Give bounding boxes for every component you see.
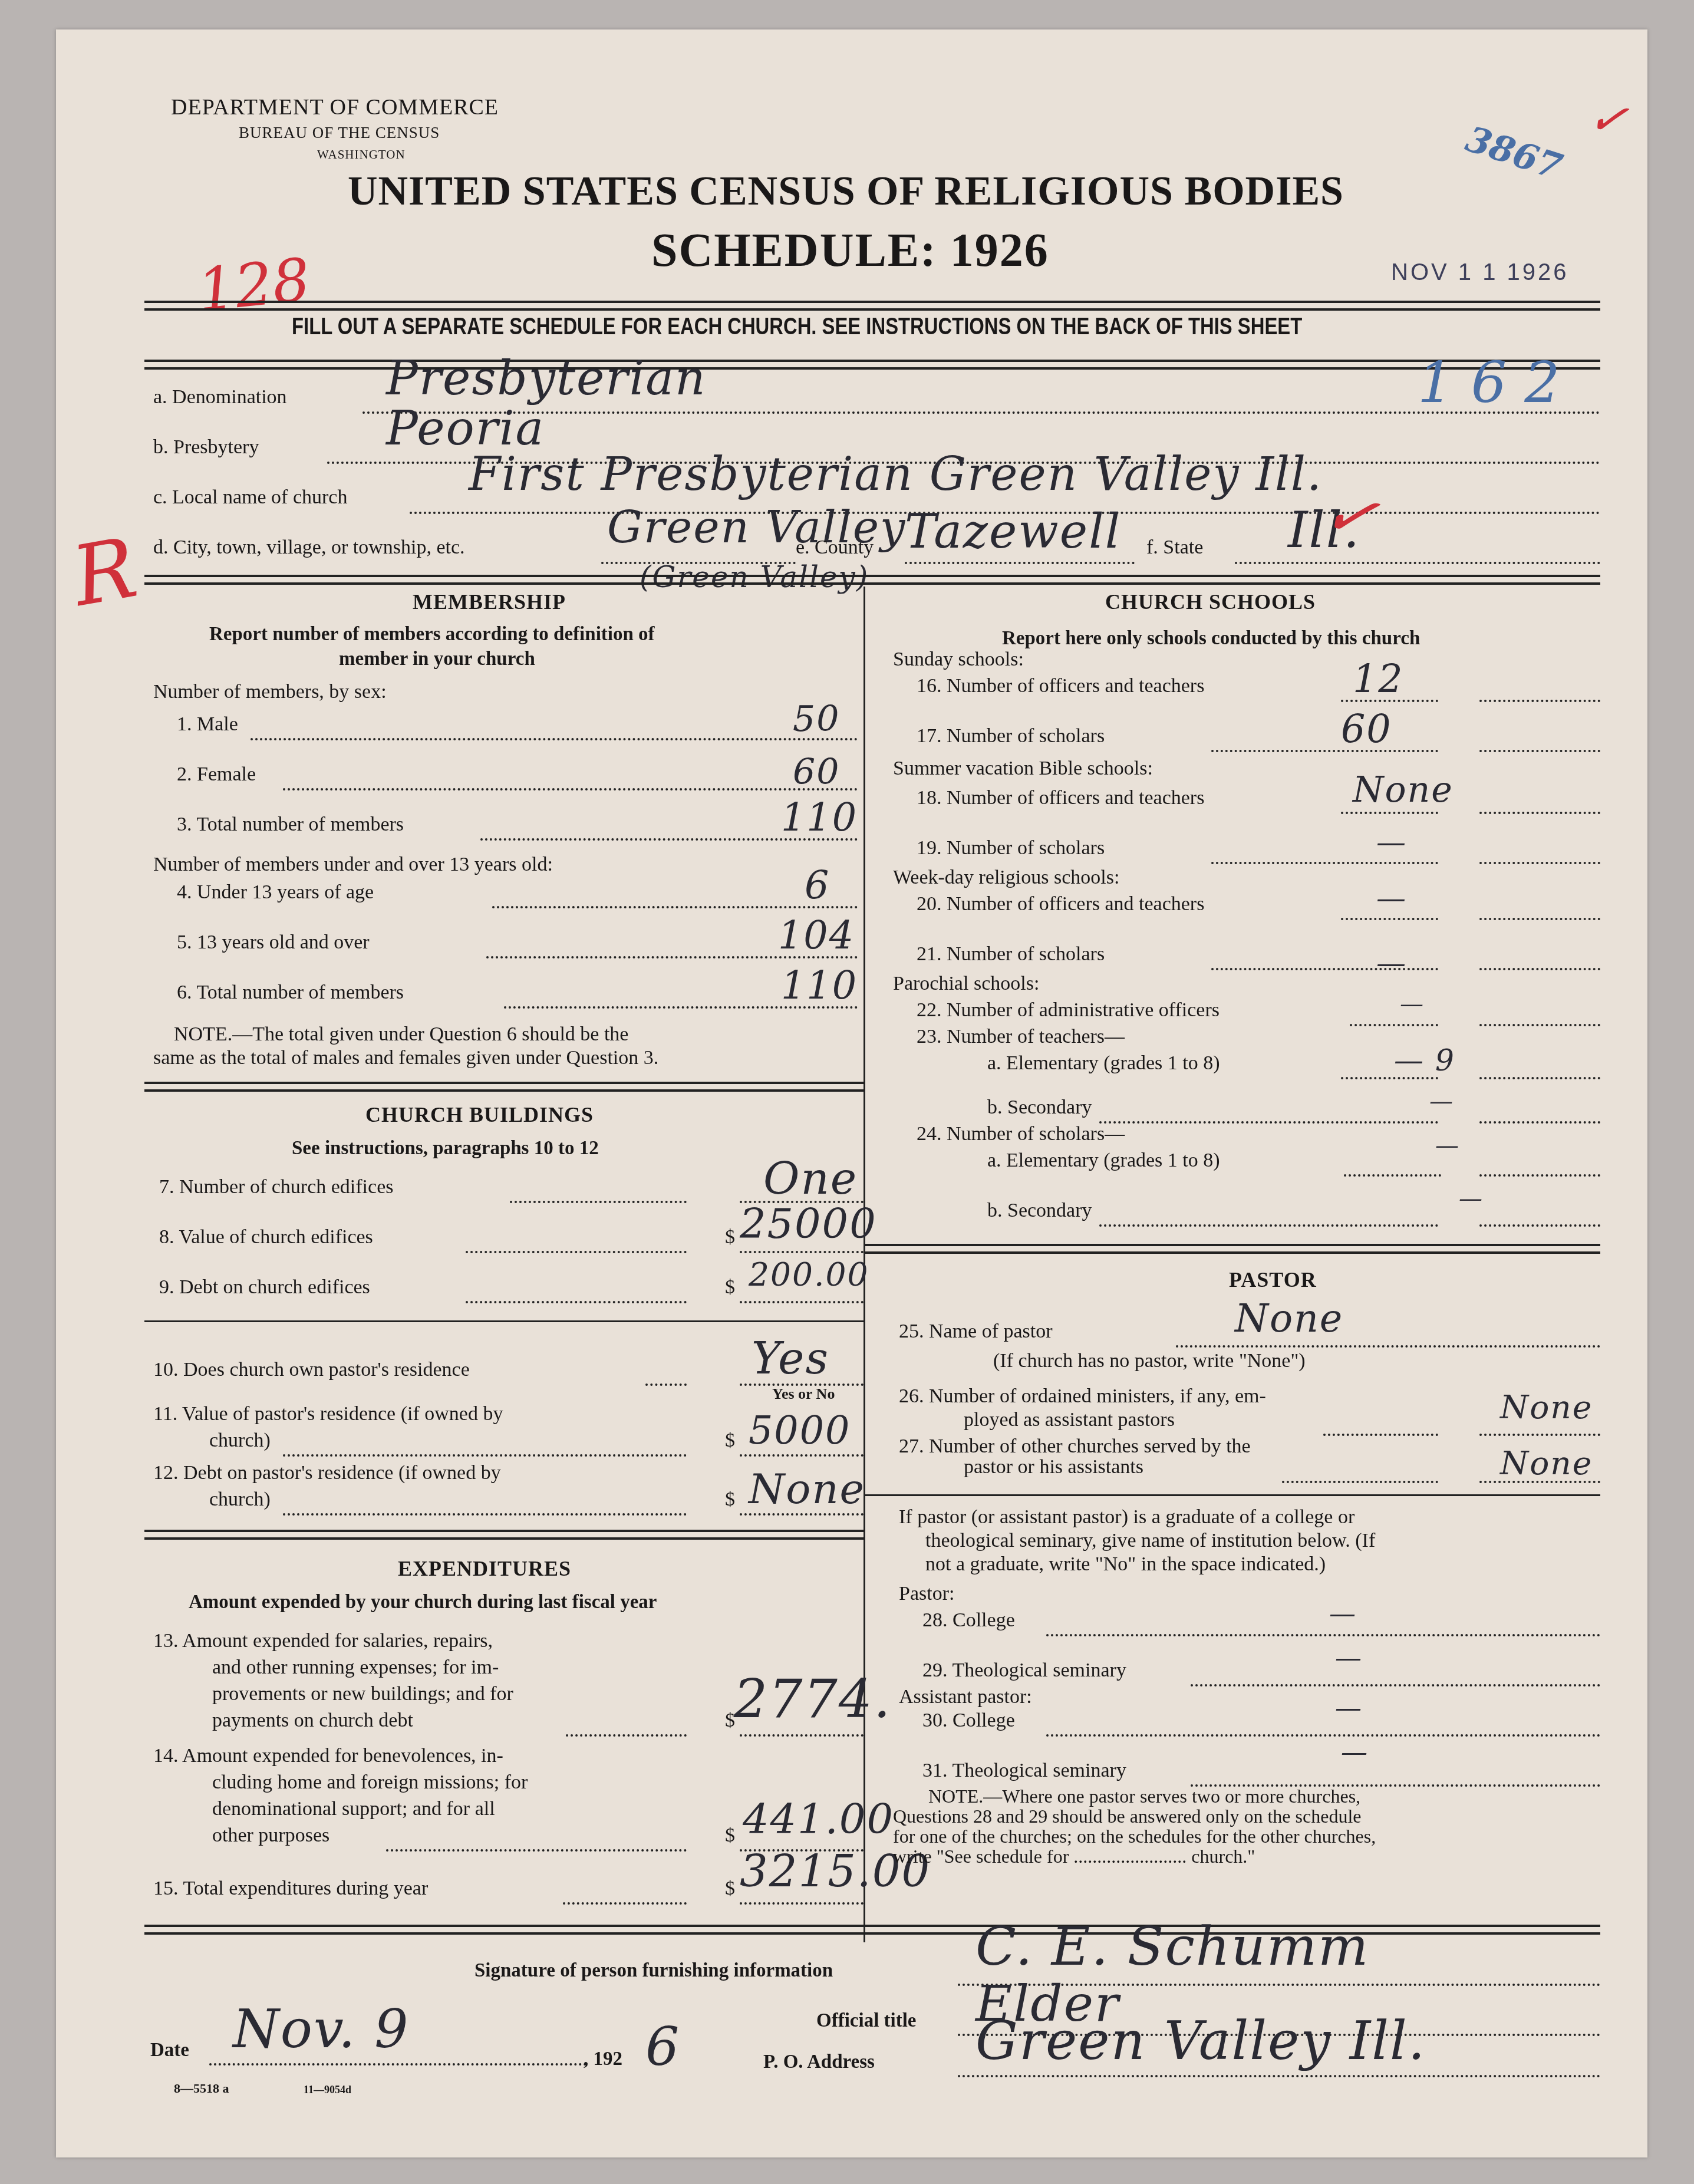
pastor-subsection-label: Pastor: bbox=[899, 1583, 954, 1605]
male-line bbox=[251, 738, 858, 740]
date-field[interactable]: Nov. 9 bbox=[233, 1998, 410, 2060]
red-checkmark-icon: ✓ bbox=[1584, 88, 1632, 149]
state-line bbox=[1235, 562, 1600, 564]
edifices-count-line-a bbox=[510, 1201, 687, 1203]
male-field[interactable]: 50 bbox=[793, 699, 840, 740]
church-buildings-subheading: See instructions, paragraphs 10 to 12 bbox=[292, 1138, 599, 1159]
q20-label: 20. Number of officers and teachers bbox=[917, 893, 1204, 915]
q19-field[interactable]: — bbox=[1376, 825, 1407, 859]
blue-code: 1 6 2 bbox=[1418, 351, 1560, 416]
county-label: e. County bbox=[796, 536, 874, 559]
q18-line-a bbox=[1341, 812, 1438, 814]
identification-divider bbox=[144, 575, 1600, 585]
q29-line bbox=[1191, 1684, 1600, 1686]
male-label: 1. Male bbox=[177, 713, 238, 736]
assistant-subsection-label: Assistant pastor: bbox=[899, 1686, 1032, 1708]
blue-stamp-number: 3867 bbox=[1461, 118, 1567, 188]
pastor-name-hint: (If church has no pastor, write "None") bbox=[993, 1350, 1306, 1372]
local-name-label: c. Local name of church bbox=[153, 486, 347, 509]
residence-debt-label-2: church) bbox=[209, 1488, 271, 1511]
q17-line bbox=[1479, 750, 1600, 752]
running-expenses-line bbox=[740, 1734, 864, 1737]
q20-line-a bbox=[1341, 918, 1438, 920]
total-members-field[interactable]: 110 bbox=[781, 796, 858, 840]
po-address-label: P. O. Address bbox=[763, 2051, 875, 2073]
schedule-title: SCHEDULE: 1926 bbox=[651, 224, 1049, 278]
q17-label: 17. Number of scholars bbox=[917, 725, 1105, 747]
edifices-count-field[interactable]: One bbox=[763, 1152, 858, 1204]
expenditures-subheading: Amount expended by your church during la… bbox=[189, 1592, 657, 1613]
q31-field[interactable]: — bbox=[1341, 1736, 1369, 1767]
summer-schools-label: Summer vacation Bible schools: bbox=[893, 757, 1153, 780]
total-expenditures-line-a bbox=[563, 1902, 687, 1905]
under-13-line bbox=[492, 906, 858, 908]
dollar-sign: $ bbox=[725, 1877, 735, 1900]
presbytery-label: b. Presbytery bbox=[153, 436, 259, 459]
q18-field[interactable]: None bbox=[1353, 769, 1454, 811]
q26-line bbox=[1479, 1434, 1600, 1436]
q24a-field[interactable]: — bbox=[1435, 1132, 1460, 1159]
graduate-instructions: If pastor (or assistant pastor) is a gra… bbox=[899, 1506, 1354, 1529]
residence-value-field[interactable]: 5000 bbox=[749, 1409, 851, 1453]
total-members-2-label: 6. Total number of members bbox=[177, 981, 404, 1004]
over-13-label: 5. 13 years old and over bbox=[177, 931, 370, 954]
year-field[interactable]: 6 bbox=[645, 2016, 680, 2078]
q16-field[interactable]: 12 bbox=[1353, 657, 1404, 701]
signature-field[interactable]: C. E. Schumm bbox=[975, 1916, 1369, 1978]
q24-label: 24. Number of scholars— bbox=[917, 1123, 1125, 1145]
edifices-value-line-a bbox=[466, 1251, 687, 1253]
q28-line bbox=[1046, 1634, 1600, 1636]
q23b-field[interactable]: — bbox=[1429, 1088, 1454, 1115]
q20-line bbox=[1479, 918, 1600, 920]
benevolences-label: 14. Amount expended for benevolences, in… bbox=[153, 1745, 503, 1767]
county-field[interactable]: Tazewell bbox=[905, 504, 1121, 559]
q30-line bbox=[1046, 1734, 1600, 1737]
dollar-sign: $ bbox=[725, 1488, 735, 1511]
city-label: d. City, town, village, or township, etc… bbox=[153, 536, 465, 559]
footer-divider bbox=[144, 1925, 1600, 1935]
edifices-debt-field[interactable]: 200.00 bbox=[749, 1256, 869, 1293]
q19-label: 19. Number of scholars bbox=[917, 837, 1105, 859]
q28-label: 28. College bbox=[922, 1609, 1015, 1632]
benevolences-line-a bbox=[386, 1849, 687, 1852]
county-line bbox=[905, 562, 1135, 564]
q22-line bbox=[1479, 1024, 1600, 1026]
q23-label: 23. Number of teachers— bbox=[917, 1026, 1125, 1048]
over-13-field[interactable]: 104 bbox=[778, 914, 855, 958]
membership-note: NOTE.—The total given under Question 6 s… bbox=[174, 1023, 628, 1046]
benevolences-field[interactable]: 441.00 bbox=[743, 1795, 894, 1843]
running-expenses-label-2: and other running expenses; for im- bbox=[212, 1656, 499, 1679]
edifices-debt-label: 9. Debt on church edifices bbox=[159, 1276, 370, 1299]
q31-label: 31. Theological seminary bbox=[922, 1760, 1126, 1782]
q24a-line bbox=[1479, 1174, 1600, 1177]
members-by-sex-label: Number of members, by sex: bbox=[153, 681, 387, 703]
q24b-line bbox=[1479, 1224, 1600, 1227]
running-expenses-label-3: provements or new buildings; and for bbox=[212, 1683, 513, 1705]
dollar-sign: $ bbox=[725, 1276, 735, 1299]
bureau-name: BUREAU OF THE CENSUS bbox=[239, 124, 440, 142]
received-date-stamp: NOV 1 1 1926 bbox=[1391, 259, 1569, 286]
q26-label-2: ployed as assistant pastors bbox=[964, 1409, 1175, 1431]
membership-heading: MEMBERSHIP bbox=[413, 589, 566, 614]
q26-line-a bbox=[1323, 1434, 1438, 1436]
red-checkmark-icon: ✓ bbox=[1314, 472, 1386, 558]
edifices-value-label: 8. Value of church edifices bbox=[159, 1226, 373, 1249]
q21-label: 21. Number of scholars bbox=[917, 943, 1105, 966]
church-buildings-heading: CHURCH BUILDINGS bbox=[365, 1102, 594, 1127]
q23a-line bbox=[1479, 1077, 1600, 1079]
running-expenses-line-a bbox=[566, 1734, 687, 1737]
q24b-line-a bbox=[1099, 1224, 1438, 1227]
edifices-debt-line bbox=[740, 1301, 864, 1303]
q23b-line bbox=[1479, 1121, 1600, 1124]
schools-divider bbox=[864, 1244, 1600, 1254]
q24a-line-a bbox=[1344, 1174, 1441, 1177]
running-expenses-label: 13. Amount expended for salaries, repair… bbox=[153, 1630, 493, 1652]
official-title-label: Official title bbox=[816, 2010, 917, 2032]
residence-debt-line bbox=[740, 1513, 864, 1516]
dollar-sign: $ bbox=[725, 1824, 735, 1847]
q20-field[interactable]: — bbox=[1376, 881, 1407, 915]
location-name: WASHINGTON bbox=[317, 147, 406, 162]
residence-value-line-a bbox=[283, 1454, 687, 1457]
q27-label: 27. Number of other churches served by t… bbox=[899, 1435, 1251, 1458]
under-13-label: 4. Under 13 years of age bbox=[177, 881, 374, 904]
total-members-2-field[interactable]: 110 bbox=[781, 964, 858, 1008]
pastor-name-label: 25. Name of pastor bbox=[899, 1320, 1053, 1343]
owns-residence-label: 10. Does church own pastor's residence bbox=[153, 1359, 470, 1381]
denomination-line bbox=[362, 411, 1600, 414]
q22-field[interactable]: — bbox=[1400, 990, 1425, 1017]
owns-residence-field[interactable]: Yes bbox=[752, 1332, 829, 1384]
denomination-label: a. Denomination bbox=[153, 386, 287, 409]
female-label: 2. Female bbox=[177, 763, 256, 786]
q29-label: 29. Theological seminary bbox=[922, 1659, 1126, 1682]
total-members-label: 3. Total number of members bbox=[177, 813, 404, 836]
instructions-banner: FILL OUT A SEPARATE SCHEDULE FOR EACH CH… bbox=[292, 314, 1302, 340]
membership-subheading: Report number of members according to de… bbox=[209, 624, 655, 645]
graduate-instructions-3: not a graduate, write "No" in the space … bbox=[925, 1553, 1326, 1576]
pastor-note-4: write "See schedule for ................… bbox=[893, 1846, 1255, 1866]
banner-divider bbox=[144, 360, 1600, 370]
church-schools-subheading: Report here only schools conducted by th… bbox=[1002, 628, 1420, 650]
benevolences-label-3: denominational support; and for all bbox=[212, 1798, 495, 1820]
pastor-note-2: Questions 28 and 29 should be answered o… bbox=[893, 1806, 1362, 1826]
sunday-schools-label: Sunday schools: bbox=[893, 648, 1024, 671]
q23b-label: b. Secondary bbox=[987, 1096, 1092, 1119]
expenditures-heading: EXPENDITURES bbox=[398, 1556, 571, 1581]
q16-line bbox=[1479, 700, 1600, 702]
graduate-instructions-2: theological seminary, give name of insti… bbox=[925, 1530, 1375, 1552]
state-label: f. State bbox=[1146, 536, 1203, 559]
q26-field[interactable]: None bbox=[1500, 1388, 1593, 1426]
q29-field[interactable]: — bbox=[1335, 1642, 1363, 1673]
residence-debt-field[interactable]: None bbox=[749, 1465, 865, 1513]
q27-field[interactable]: None bbox=[1500, 1444, 1593, 1482]
parochial-schools-label: Parochial schools: bbox=[893, 973, 1039, 995]
residence-value-label: 11. Value of pastor's residence (if owne… bbox=[153, 1403, 503, 1425]
q27-line-a bbox=[1282, 1481, 1438, 1483]
q28-field[interactable]: — bbox=[1329, 1597, 1357, 1629]
yes-no-hint: Yes or No bbox=[772, 1385, 835, 1403]
membership-divider bbox=[144, 1082, 864, 1092]
pastor-divider bbox=[864, 1494, 1600, 1496]
church-schools-heading: CHURCH SCHOOLS bbox=[1105, 589, 1316, 614]
dollar-sign: $ bbox=[725, 1226, 735, 1249]
form-title: UNITED STATES CENSUS OF RELIGIOUS BODIES bbox=[348, 168, 1344, 215]
local-name-field[interactable]: First Presbyterian Green Valley Ill. bbox=[469, 448, 1323, 501]
form-code: 8—5518 a bbox=[174, 2081, 229, 2096]
form-code-2: 11—9054d bbox=[304, 2084, 351, 2096]
edifices-count-label: 7. Number of church edifices bbox=[159, 1176, 393, 1198]
pastor-name-field[interactable]: None bbox=[1235, 1297, 1343, 1341]
q21-line bbox=[1479, 968, 1600, 970]
q18-line bbox=[1479, 812, 1600, 814]
q21-field[interactable]: — bbox=[1376, 946, 1407, 980]
q22-line-a bbox=[1350, 1024, 1438, 1026]
running-expenses-label-4: payments on church debt bbox=[212, 1709, 413, 1732]
membership-note-2: same as the total of males and females g… bbox=[153, 1046, 658, 1070]
female-field[interactable]: 60 bbox=[793, 752, 840, 793]
q30-field[interactable]: — bbox=[1335, 1692, 1363, 1723]
q24a-label: a. Elementary (grades 1 to 8) bbox=[987, 1149, 1220, 1172]
edifices-debt-line-a bbox=[466, 1301, 687, 1303]
q17-field[interactable]: 60 bbox=[1341, 707, 1392, 752]
signature-label: Signature of person furnishing informati… bbox=[474, 1960, 833, 1982]
edifices-value-field[interactable]: 25000 bbox=[740, 1200, 877, 1248]
denomination-field[interactable]: Presbyterian bbox=[386, 351, 706, 406]
census-form-page: DEPARTMENT OF COMMERCE BUREAU OF THE CEN… bbox=[56, 29, 1647, 2157]
q17-line-a bbox=[1211, 750, 1438, 752]
q30-label: 30. College bbox=[922, 1709, 1015, 1732]
under-13-field[interactable]: 6 bbox=[805, 864, 830, 908]
benevolences-label-2: cluding home and foreign missions; for bbox=[212, 1771, 528, 1794]
pastor-heading: PASTOR bbox=[1229, 1267, 1317, 1292]
department-name: DEPARTMENT OF COMMERCE bbox=[171, 94, 499, 120]
q18-label: 18. Number of officers and teachers bbox=[917, 787, 1204, 809]
q16-label: 16. Number of officers and teachers bbox=[917, 675, 1204, 697]
header-divider bbox=[144, 301, 1600, 311]
residence-value-line bbox=[740, 1454, 864, 1457]
q22-label: 22. Number of administrative officers bbox=[917, 999, 1220, 1022]
total-expenditures-line bbox=[740, 1902, 864, 1905]
year-prefix: , 192 bbox=[584, 2048, 622, 2070]
pastor-note: NOTE.—Where one pastor serves two or mor… bbox=[928, 1786, 1360, 1806]
buildings-bottom-divider bbox=[144, 1530, 864, 1540]
residence-value-label-2: church) bbox=[209, 1429, 271, 1452]
buildings-divider bbox=[144, 1320, 864, 1322]
q19-line bbox=[1479, 862, 1600, 864]
date-line bbox=[209, 2063, 586, 2066]
running-expenses-field[interactable]: 2774. bbox=[734, 1668, 892, 1730]
q23a-label: a. Elementary (grades 1 to 8) bbox=[987, 1052, 1220, 1075]
pastor-note-3: for one of the churches; on the schedule… bbox=[893, 1826, 1376, 1846]
q24b-label: b. Secondary bbox=[987, 1200, 1092, 1222]
q27-label-2: pastor or his assistants bbox=[964, 1456, 1143, 1478]
q24b-field[interactable]: — bbox=[1459, 1185, 1484, 1212]
total-expenditures-label: 15. Total expenditures during year bbox=[153, 1877, 428, 1900]
q26-label: 26. Number of ordained ministers, if any… bbox=[899, 1385, 1266, 1408]
po-address-line bbox=[958, 2075, 1600, 2077]
pastor-name-line bbox=[1176, 1345, 1600, 1348]
benevolences-label-4: other purposes bbox=[212, 1824, 329, 1847]
age-group-label: Number of members under and over 13 year… bbox=[153, 854, 553, 876]
edifices-value-line bbox=[740, 1251, 864, 1253]
residence-debt-line-a bbox=[283, 1513, 687, 1516]
po-address-field[interactable]: Green Valley Ill. bbox=[975, 2010, 1426, 2072]
owns-residence-line-a bbox=[645, 1383, 687, 1386]
weekday-schools-label: Week-day religious schools: bbox=[893, 867, 1119, 889]
membership-subheading-2: member in your church bbox=[339, 648, 535, 670]
residence-debt-label: 12. Debt on pastor's residence (if owned… bbox=[153, 1462, 501, 1484]
red-margin-letter: R bbox=[66, 520, 144, 625]
female-line bbox=[283, 788, 858, 790]
date-label: Date bbox=[150, 2040, 189, 2061]
dollar-sign: $ bbox=[725, 1429, 735, 1452]
q19-line-a bbox=[1211, 862, 1438, 864]
q23a-field[interactable]: — 9 bbox=[1394, 1043, 1455, 1078]
q23b-line-a bbox=[1099, 1121, 1438, 1124]
